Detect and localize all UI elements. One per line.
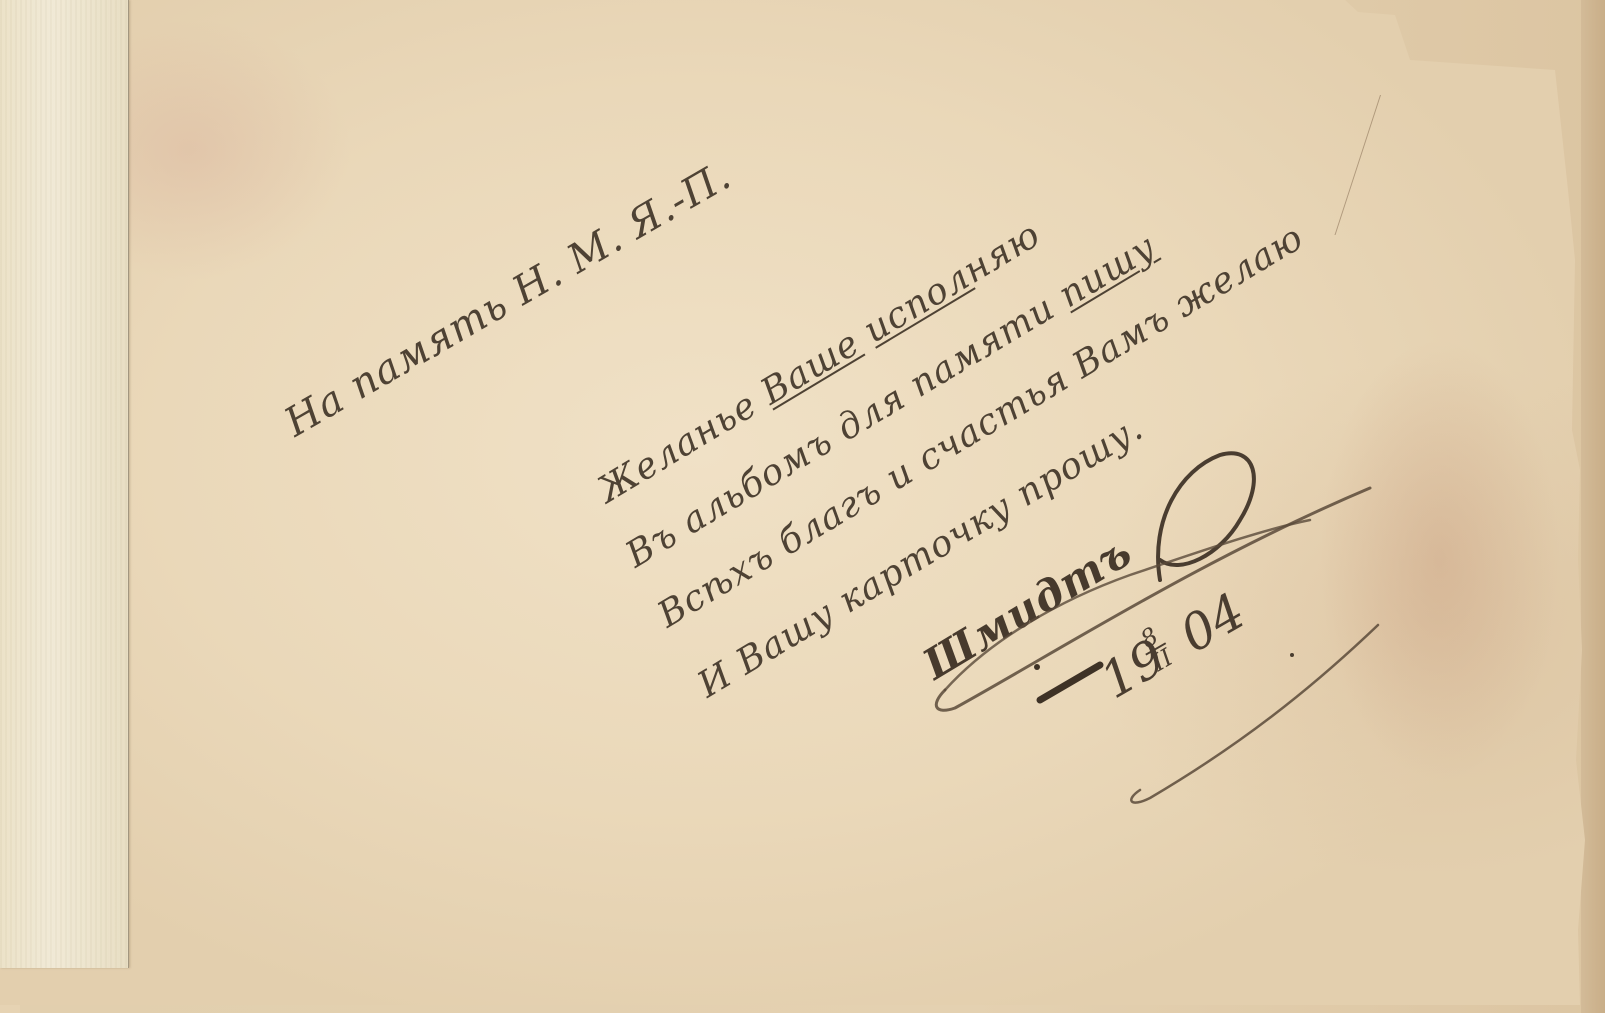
binding-strip bbox=[0, 0, 129, 968]
paper-sheet bbox=[0, 0, 1585, 1005]
page-edge-shadow bbox=[1581, 0, 1605, 1013]
scanned-album-page: На память Н. М. Я.-П. Желанье Ваше испол… bbox=[0, 0, 1605, 1013]
